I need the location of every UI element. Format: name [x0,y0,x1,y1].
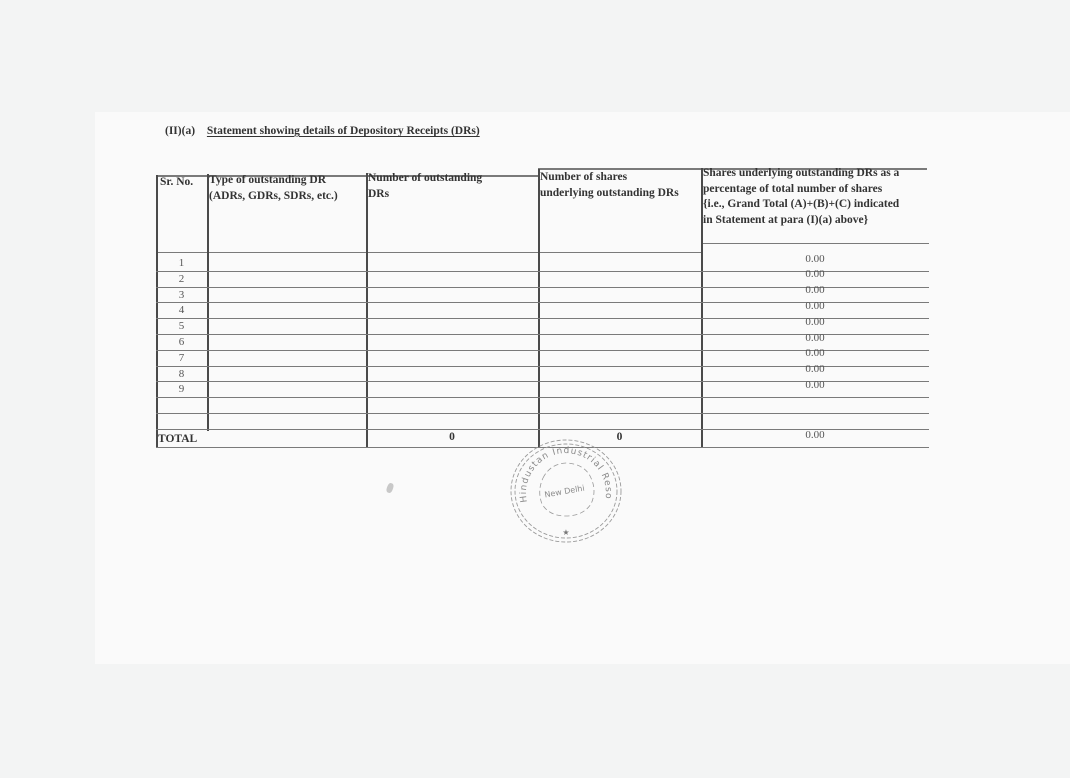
depository-receipts-table: Sr. No.Type of outstanding DR(ADRs, GDRs… [0,0,1070,778]
header-bottom-border [701,243,929,244]
row-sr-no: 3 [156,288,207,304]
row-sr-no: 2 [156,272,207,288]
column-header-2: (ADRs, GDRs, SDRs, etc.) [209,189,338,205]
column-header-2: Type of outstanding DR [209,173,326,189]
header-bottom-border [156,252,701,253]
row-divider [156,397,929,398]
row-sr-no: 1 [156,256,207,272]
row-percentage: 0.00 [701,267,929,283]
company-seal-stamp: Hindustan Industrial Resources Limited N… [505,436,625,546]
column-header-3: DRs [368,187,389,203]
row-percentage: 0.00 [701,299,929,315]
row-sr-no: 6 [156,335,207,351]
seal-inner-text: New Delhi [544,484,586,500]
star-icon: ★ [562,528,569,537]
row-sr-no: 5 [156,319,207,335]
col-border-type-drs [366,173,368,447]
row-percentage: 0.00 [701,331,929,347]
row-percentage: 0.00 [701,362,929,378]
column-header-1: Sr. No. [160,175,193,191]
total-label: TOTAL [158,432,197,448]
row-sr-no: 9 [156,382,207,398]
column-header-3: Number of outstanding [368,171,482,187]
row-percentage: 0.00 [701,378,929,394]
row-percentage: 0.00 [701,346,929,362]
row-sr-no: 4 [156,303,207,319]
column-header-4: Number of shares [540,170,627,186]
column-header-5: Shares underlying outstanding DRs as a [703,166,899,182]
row-sr-no: 8 [156,367,207,383]
column-header-5: {i.e., Grand Total (A)+(B)+(C) indicated [703,197,899,213]
row-percentage: 0.00 [701,315,929,331]
row-percentage: 0.00 [701,283,929,299]
row-divider [156,413,929,414]
column-header-5: in Statement at para (I)(a) above} [703,213,868,229]
column-header-5: percentage of total number of shares [703,182,882,198]
row-percentage: 0.00 [701,252,929,268]
row-sr-no: 7 [156,351,207,367]
col-border-drs-shares [538,169,540,447]
total-percentage: 0.00 [701,428,929,444]
column-header-4: underlying outstanding DRs [540,186,679,202]
